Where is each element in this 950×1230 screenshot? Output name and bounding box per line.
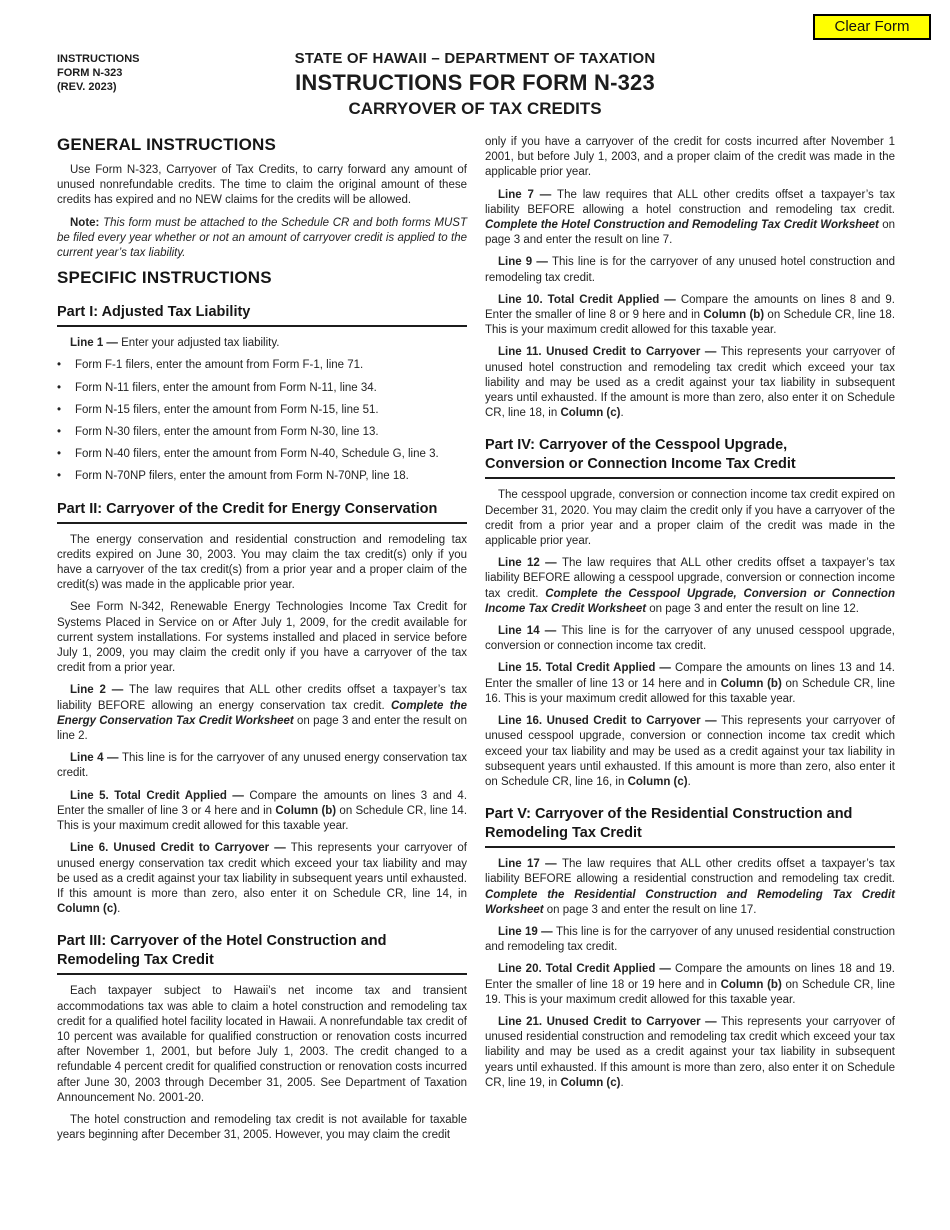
paragraph: Line 12 — The law requires that ALL othe…: [485, 556, 895, 617]
text-run-b: Line 17 —: [498, 858, 562, 870]
paragraph: Line 20. Total Credit Applied — Compare …: [485, 962, 895, 1008]
paragraph: Each taxpayer subject to Hawaii’s net in…: [57, 984, 467, 1106]
bullet-text: Form F-1 filers, enter the amount from F…: [75, 358, 467, 373]
text-run-b: Line 4 —: [70, 752, 122, 764]
text-run-b: Line 12 —: [498, 557, 562, 569]
text-run-b: Column (c): [560, 1077, 620, 1089]
paragraph: The hotel construction and remodeling ta…: [57, 1113, 467, 1143]
part-heading: Part IV: Carryover of the Cesspool Upgra…: [485, 436, 895, 479]
text-run-i: This form must be attached to the Schedu…: [57, 217, 467, 259]
bullet-text: Form N-11 filers, enter the amount from …: [75, 381, 467, 396]
paragraph: Line 7 — The law requires that ALL other…: [485, 188, 895, 249]
form-id-block: INSTRUCTIONS FORM N-323 (REV. 2023): [57, 52, 140, 94]
text-run: The cesspool upgrade, conversion or conn…: [485, 489, 895, 547]
bullet-marker: •: [57, 358, 75, 373]
bullet-text: Form N-40 filers, enter the amount from …: [75, 447, 467, 462]
section-heading: GENERAL INSTRUCTIONS: [57, 135, 467, 155]
text-run-b: Line 1 —: [70, 337, 121, 349]
text-run: .: [621, 407, 624, 419]
left-column: GENERAL INSTRUCTIONSUse Form N-323, Carr…: [57, 135, 467, 1150]
paragraph: only if you have a carryover of the cred…: [485, 135, 895, 181]
text-run-b: Line 19 —: [498, 926, 556, 938]
paragraph: Line 1 — Enter your adjusted tax liabili…: [57, 336, 467, 351]
text-run-b: Column (b): [703, 309, 764, 321]
bullet-item: •Form N-11 filers, enter the amount from…: [57, 381, 467, 396]
text-run: only if you have a carryover of the cred…: [485, 136, 895, 178]
bullet-text: Form N-70NP filers, enter the amount fro…: [75, 469, 467, 484]
paragraph: See Form N-342, Renewable Energy Technol…: [57, 600, 467, 676]
text-run: Enter your adjusted tax liability.: [121, 337, 279, 349]
part-heading: Part V: Carryover of the Residential Con…: [485, 805, 895, 848]
section-heading: SPECIFIC INSTRUCTIONS: [57, 268, 467, 288]
paragraph: Line 21. Unused Credit to Carryover — Th…: [485, 1015, 895, 1091]
paragraph: Line 11. Unused Credit to Carryover — Th…: [485, 345, 895, 421]
bullet-marker: •: [57, 425, 75, 440]
text-run-b: Line 5. Total Credit Applied —: [70, 790, 249, 802]
paragraph: Line 6. Unused Credit to Carryover — Thi…: [57, 841, 467, 917]
title-block: STATE OF HAWAII – DEPARTMENT OF TAXATION…: [0, 50, 950, 119]
paragraph: Line 10. Total Credit Applied — Compare …: [485, 293, 895, 339]
bullet-marker: •: [57, 469, 75, 484]
text-run-b: Line 10. Total Credit Applied —: [498, 294, 681, 306]
bullet-item: •Form F-1 filers, enter the amount from …: [57, 358, 467, 373]
paragraph: Line 2 — The law requires that ALL other…: [57, 683, 467, 744]
bullet-marker: •: [57, 447, 75, 462]
paragraph: Line 9 — This line is for the carryover …: [485, 255, 895, 285]
text-run: Each taxpayer subject to Hawaii’s net in…: [57, 985, 467, 1103]
text-run-b: Line 7 —: [498, 189, 557, 201]
text-run-b: Column (b): [275, 805, 336, 817]
text-run-b: Column (b): [721, 979, 782, 991]
text-run: Use Form N-323, Carryover of Tax Credits…: [57, 164, 467, 206]
text-run-b: Line 15. Total Credit Applied —: [498, 662, 675, 674]
text-run-b: Column (b): [721, 678, 782, 690]
form-id-line-1: INSTRUCTIONS: [57, 52, 140, 66]
text-run: .: [621, 1077, 624, 1089]
text-run-b: Line 14 —: [498, 625, 561, 637]
paragraph: Line 16. Unused Credit to Carryover — Th…: [485, 714, 895, 790]
paragraph: Line 19 — This line is for the carryover…: [485, 925, 895, 955]
text-run-b: Line 11. Unused Credit to Carryover —: [498, 346, 721, 358]
form-id-line-2: FORM N-323: [57, 66, 140, 80]
paragraph: Line 15. Total Credit Applied — Compare …: [485, 661, 895, 707]
text-run-b: Column (c): [560, 407, 620, 419]
text-run: See Form N-342, Renewable Energy Technol…: [57, 601, 467, 674]
bullet-marker: •: [57, 403, 75, 418]
paragraph: The energy conservation and residential …: [57, 533, 467, 594]
text-run-b: Note:: [70, 217, 99, 229]
bullet-item: •Form N-15 filers, enter the amount from…: [57, 403, 467, 418]
form-title: INSTRUCTIONS FOR FORM N-323: [0, 70, 950, 96]
text-run-b: Column (c): [628, 776, 688, 788]
paragraph: Line 17 — The law requires that ALL othe…: [485, 857, 895, 918]
form-subtitle: CARRYOVER OF TAX CREDITS: [0, 99, 950, 119]
text-run-b: Line 20. Total Credit Applied —: [498, 963, 675, 975]
part-heading: Part III: Carryover of the Hotel Constru…: [57, 932, 467, 975]
bullet-item: •Form N-70NP filers, enter the amount fr…: [57, 469, 467, 484]
bullet-item: •Form N-30 filers, enter the amount from…: [57, 425, 467, 440]
paragraph: Line 14 — This line is for the carryover…: [485, 624, 895, 654]
bullet-text: Form N-15 filers, enter the amount from …: [75, 403, 467, 418]
form-id-line-3: (REV. 2023): [57, 80, 140, 94]
text-run: The hotel construction and remodeling ta…: [57, 1114, 467, 1141]
text-run: on page 3 and enter the result on line 1…: [646, 603, 859, 615]
text-run-b: Column (c): [57, 903, 117, 915]
text-run-b: Line 9 —: [498, 256, 552, 268]
part-heading: Part II: Carryover of the Credit for Ene…: [57, 500, 467, 524]
bullet-marker: •: [57, 381, 75, 396]
paragraph: Note: This form must be attached to the …: [57, 216, 467, 262]
paragraph: Use Form N-323, Carryover of Tax Credits…: [57, 163, 467, 209]
right-column: only if you have a carryover of the cred…: [485, 135, 895, 1150]
text-run: The energy conservation and residential …: [57, 534, 467, 592]
form-header: INSTRUCTIONS FORM N-323 (REV. 2023) STAT…: [0, 0, 950, 119]
text-run: .: [688, 776, 691, 788]
paragraph: Line 5. Total Credit Applied — Compare t…: [57, 789, 467, 835]
bullet-item: •Form N-40 filers, enter the amount from…: [57, 447, 467, 462]
bullet-text: Form N-30 filers, enter the amount from …: [75, 425, 467, 440]
paragraph: The cesspool upgrade, conversion or conn…: [485, 488, 895, 549]
paragraph: Line 4 — This line is for the carryover …: [57, 751, 467, 781]
two-column-body: GENERAL INSTRUCTIONSUse Form N-323, Carr…: [0, 119, 950, 1150]
agency-title: STATE OF HAWAII – DEPARTMENT OF TAXATION: [0, 50, 950, 67]
text-run-b: Line 6. Unused Credit to Carryover —: [70, 842, 291, 854]
document-page: Clear Form INSTRUCTIONS FORM N-323 (REV.…: [0, 0, 950, 1230]
part-heading: Part I: Adjusted Tax Liability: [57, 303, 467, 327]
text-run: on page 3 and enter the result on line 1…: [544, 904, 757, 916]
text-run: .: [117, 903, 120, 915]
text-run-bi: Complete the Hotel Construction and Remo…: [485, 219, 879, 231]
text-run-b: Line 21. Unused Credit to Carryover —: [498, 1016, 721, 1028]
text-run-b: Line 2 —: [70, 684, 129, 696]
text-run-b: Line 16. Unused Credit to Carryover —: [498, 715, 721, 727]
